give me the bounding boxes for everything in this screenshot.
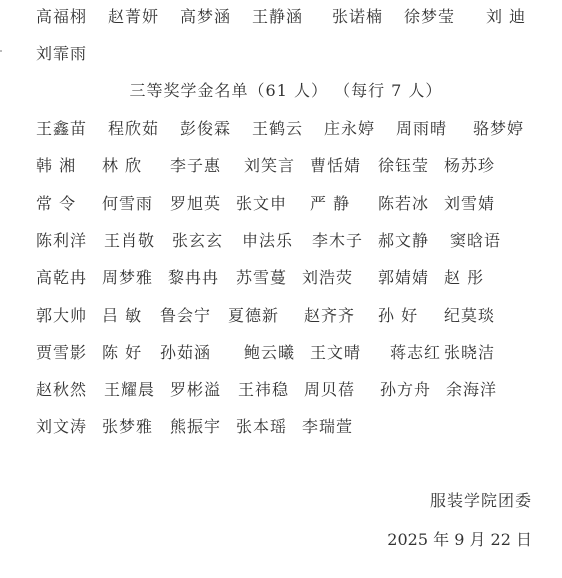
student-name: 刘文涛 <box>36 416 87 438</box>
student-name: 熊振宇 <box>170 416 221 438</box>
student-name: 贾雪影 <box>36 342 87 364</box>
student-name: 曹恬婧 <box>310 155 361 177</box>
student-name: 林 欣 <box>102 155 142 177</box>
student-name: 王耀晨 <box>104 379 155 401</box>
student-name: 张本瑶 <box>236 416 287 438</box>
student-name: 纪莫琰 <box>444 305 495 327</box>
student-name: 赵齐齐 <box>304 305 355 327</box>
student-name: 常 令 <box>36 193 76 215</box>
student-name: 程欣茹 <box>108 118 159 140</box>
student-name: 蒋志红 <box>390 342 441 364</box>
student-name: 徐钰莹 <box>378 155 429 177</box>
student-name: 罗彬溢 <box>170 379 221 401</box>
student-name: 高梦涵 <box>180 6 231 28</box>
student-name: 郭大帅 <box>36 305 87 327</box>
student-name: 黎冉冉 <box>168 267 219 289</box>
student-name: 夏德新 <box>228 305 279 327</box>
student-name: 赵菁妍 <box>108 6 159 28</box>
student-name: 鲁会宁 <box>160 305 211 327</box>
student-name: 赵 彤 <box>444 267 484 289</box>
student-name: 张诺楠 <box>332 6 383 28</box>
issuing-organization: 服装学院团委 <box>430 490 532 512</box>
student-name: 窦晗语 <box>450 230 501 252</box>
student-name: 骆梦婷 <box>473 118 524 140</box>
student-name: 周贝蓓 <box>304 379 355 401</box>
student-name: 王静涵 <box>252 6 303 28</box>
student-name: 庄永婷 <box>324 118 375 140</box>
student-name: 李子惠 <box>170 155 221 177</box>
student-name: 王鑫苗 <box>36 118 87 140</box>
student-name: 吕 敏 <box>102 305 142 327</box>
student-name: 郭婧婧 <box>378 267 429 289</box>
student-name: 陈 好 <box>102 342 142 364</box>
student-name: 周梦雅 <box>102 267 153 289</box>
student-name: 罗旭英 <box>170 193 221 215</box>
student-name: 郝文静 <box>378 230 429 252</box>
student-name: 何雪雨 <box>102 193 153 215</box>
student-name: 苏雪蔓 <box>236 267 287 289</box>
margin-mark <box>0 50 2 52</box>
student-name: 孙茹涵 <box>160 342 211 364</box>
student-name: 孙 好 <box>378 305 418 327</box>
student-name: 高福栩 <box>36 6 87 28</box>
student-name: 陈若冰 <box>378 193 429 215</box>
student-name: 孙方舟 <box>380 379 431 401</box>
student-name: 陈利洋 <box>36 230 87 252</box>
student-name: 韩 湘 <box>36 155 76 177</box>
student-name: 鲍云曦 <box>244 342 295 364</box>
student-name: 彭俊霖 <box>180 118 231 140</box>
issue-date: 2025 年 9 月 22 日 <box>387 529 532 551</box>
student-name: 王祎稳 <box>238 379 289 401</box>
student-name: 张梦雅 <box>102 416 153 438</box>
student-name: 李木子 <box>312 230 363 252</box>
student-name: 申法乐 <box>242 230 293 252</box>
student-name: 张玄玄 <box>172 230 223 252</box>
student-name: 刘浩荧 <box>302 267 353 289</box>
student-name: 高乾冉 <box>36 267 87 289</box>
student-name: 徐梦莹 <box>404 6 455 28</box>
student-name: 杨苏珍 <box>444 155 495 177</box>
student-name: 李瑞萱 <box>302 416 353 438</box>
student-name: 刘笑言 <box>244 155 295 177</box>
third-prize-title: 三等奖学金名单（61 人） （每行 7 人） <box>0 80 562 102</box>
student-name: 王文晴 <box>310 342 361 364</box>
student-name: 刘霏雨 <box>36 43 87 65</box>
student-name: 余海洋 <box>446 379 497 401</box>
student-name: 张晓洁 <box>444 342 495 364</box>
student-name: 刘 迪 <box>486 6 526 28</box>
document-page: 高福栩 赵菁妍 高梦涵 王静涵 张诺楠 徐梦莹 刘 迪 刘霏雨 三等奖学金名单（… <box>0 0 562 578</box>
student-name: 张文申 <box>236 193 287 215</box>
student-name: 赵秋然 <box>36 379 87 401</box>
student-name: 严 静 <box>310 193 350 215</box>
student-name: 周雨晴 <box>396 118 447 140</box>
student-name: 刘雪婧 <box>444 193 495 215</box>
student-name: 王鹤云 <box>252 118 303 140</box>
student-name: 王肖敬 <box>104 230 155 252</box>
